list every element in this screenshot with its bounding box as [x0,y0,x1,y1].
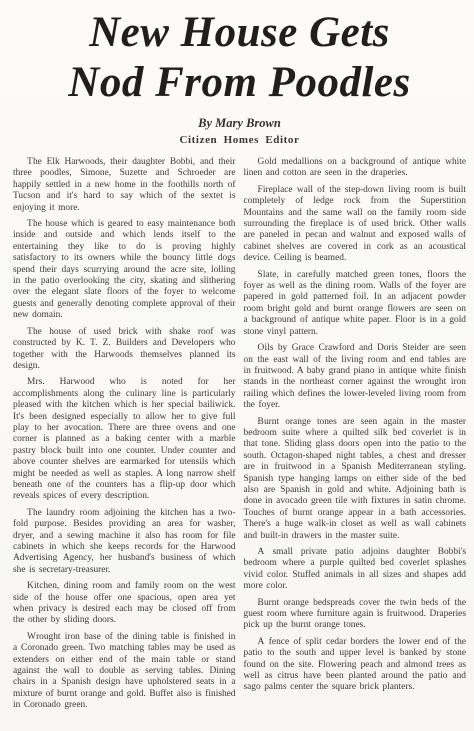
headline-line-1: New House Gets [13,8,466,58]
article-paragraph: Wrought iron base of the dining table is… [13,632,236,712]
article-paragraph: Fireplace wall of the step-down living r… [244,185,467,265]
article-paragraph: Kitchen, dining room and family room on … [13,581,236,627]
article-paragraph: A small private patio adjoins daughter B… [244,547,467,593]
article-body: The Elk Harwoods, their daughter Bobbi, … [13,157,466,717]
article-byline-title: Citizen Homes Editor [13,133,466,147]
article-paragraph: The house of used brick with shake roof … [13,327,236,373]
article-paragraph: Oils by Grace Crawford and Doris Steider… [244,343,467,411]
article-byline: By Mary Brown [13,116,466,131]
article-headline: New House Gets Nod From Poodles [13,8,466,108]
article-column-left: The Elk Harwoods, their daughter Bobbi, … [13,157,236,717]
article-paragraph: Mrs. Harwood who is noted for her accomp… [13,377,236,502]
article-paragraph: Burnt orange tones are seen again in the… [244,417,467,542]
article-column-right: Gold medallions on a background of antiq… [244,157,467,699]
article-paragraph: The Elk Harwoods, their daughter Bobbi, … [13,157,236,214]
article-paragraph: Burnt orange bedspreads cover the twin b… [244,598,467,632]
article-paragraph: Slate, in carefully matched green tones,… [244,270,467,338]
article-paragraph: Gold medallions on a background of antiq… [244,157,467,180]
newspaper-clipping: New House Gets Nod From Poodles By Mary … [0,0,474,731]
headline-line-2: Nod From Poodles [13,58,466,108]
article-paragraph: The laundry room adjoining the kitchen h… [13,508,236,576]
article-paragraph: A fence of split cedar borders the lower… [244,637,467,694]
article-paragraph: The house which is geared to easy mainte… [13,219,236,322]
